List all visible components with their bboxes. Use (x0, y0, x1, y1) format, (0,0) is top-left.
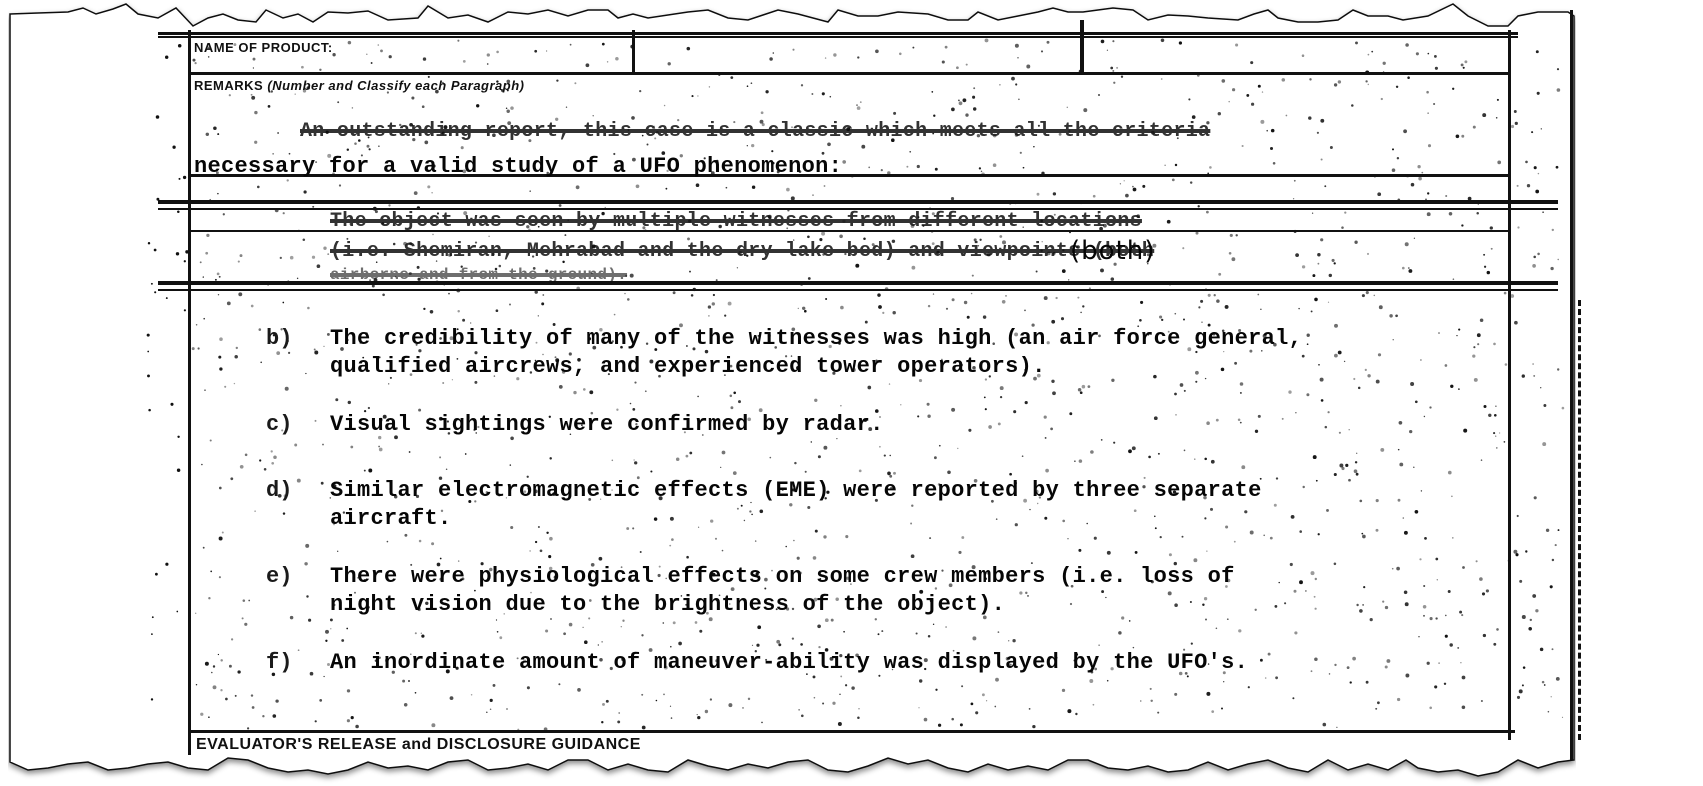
intro-line-obscured: An outstanding report, this case is a cl… (300, 120, 1210, 143)
form-rule-2 (158, 200, 1558, 204)
form-rule-bottom (190, 730, 1515, 733)
item-d-line-1: Similar electromagnetic effects (EME) we… (330, 478, 1262, 503)
item-c-marker: c) (266, 412, 292, 437)
item-c-line-1: Visual sightings were confirmed by radar… (330, 412, 884, 437)
item-b-line-2: qualified aircrews, and experienced towe… (330, 354, 1046, 379)
margin-column-marks (1578, 300, 1587, 740)
item-a-line-1: The object was seen by multiple witnesse… (330, 210, 1142, 233)
form-header-divider-2 (1080, 20, 1084, 72)
form-rule-6 (158, 289, 1558, 291)
remarks-title: REMARKS (194, 78, 263, 93)
form-left-border (188, 30, 191, 755)
remarks-label: REMARKS (Number and Classify each Paragr… (194, 78, 525, 93)
evaluator-release-label: EVALUATOR'S RELEASE and DISCLOSURE GUIDA… (196, 736, 641, 754)
form-header-divider-1 (632, 30, 635, 72)
form-rule-top (158, 32, 1518, 35)
intro-line: necessary for a valid study of a UFO phe… (194, 154, 842, 179)
remarks-instruction: (Number and Classify each Paragraph) (267, 78, 524, 93)
scanned-document-page: NAME OF PRODUCT: REMARKS (Number and Cla… (8, 0, 1576, 786)
name-of-product-label: NAME OF PRODUCT: (194, 40, 333, 55)
item-a-line-2: (i.e. Shemiran, Mehrabad and the dry lak… (330, 240, 1154, 263)
item-f-line-1: An inordinate amount of maneuver-ability… (330, 650, 1248, 675)
item-d-marker: d) (266, 478, 292, 503)
item-e-line-2: night vision due to the brightness of th… (330, 592, 1005, 617)
form-rule-top-2 (158, 36, 1518, 38)
form-outer-right-border (1570, 10, 1573, 760)
handwritten-annotation: (both) (1070, 236, 1155, 266)
item-f-marker: f) (266, 650, 292, 675)
item-d-line-2: aircraft. (330, 506, 452, 531)
item-b-marker: b) (266, 326, 292, 351)
form-rule-remarks (190, 72, 1510, 75)
item-a-line-3: airborne and from the ground). (330, 266, 627, 284)
form-right-border (1508, 30, 1511, 740)
item-e-line-1: There were physiological effects on some… (330, 564, 1235, 589)
item-b-line-1: The credibility of many of the witnesses… (330, 326, 1302, 351)
item-e-marker: e) (266, 564, 292, 589)
